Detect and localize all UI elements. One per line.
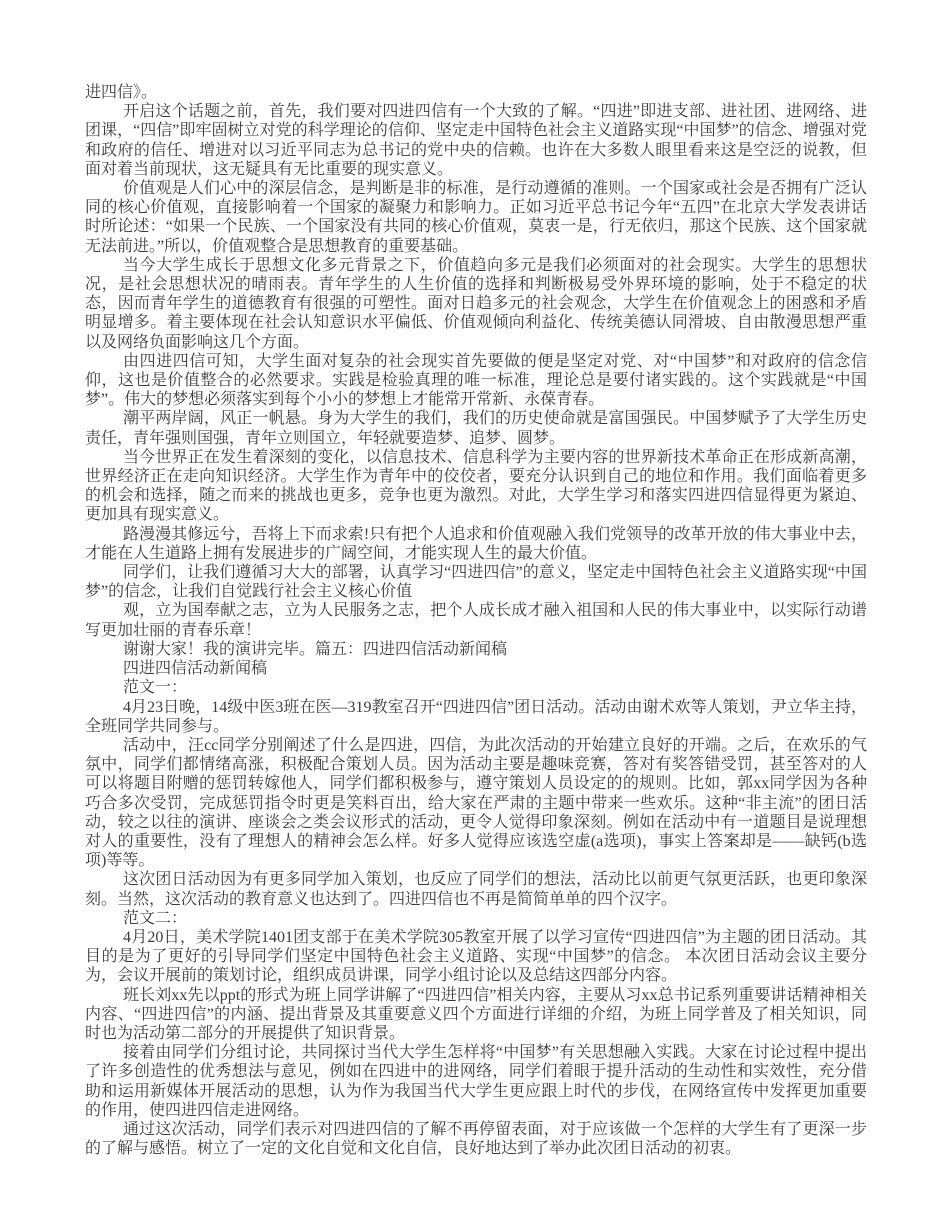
paragraph: 4月20日，美术学院1401团支部于在美术学院305教室开展了以学习宣传“四进四… [85, 928, 867, 986]
paragraph: 范文二： [85, 909, 867, 928]
paragraph: 通过这次活动，同学们表示对四进四信的了解不再停留表面，对于应该做一个怎样的大学生… [85, 1120, 867, 1158]
document-text-block: 进四信》。开启这个话题之前，首先，我们要对四进四信有一个大致的了解。“四进”即进… [85, 83, 867, 1158]
paragraph: 观，立为国奉献之志，立为人民服务之志，把个人成长成才融入祖国和人民的伟大事业中，… [85, 601, 867, 639]
paragraph: 谢谢大家！我的演讲完毕。篇五：四进四信活动新闻稿 [85, 640, 867, 659]
paragraph: 开启这个话题之前，首先，我们要对四进四信有一个大致的了解。“四进”即进支部、进社… [85, 102, 867, 179]
paragraph: 同学们，让我们遵循习大大的部署，认真学习“四进四信”的意义，坚定走中国特色社会主… [85, 563, 867, 601]
paragraph: 接着由同学们分组讨论，共同探讨当代大学生怎样将“中国梦”有关思想融入实践。大家在… [85, 1043, 867, 1120]
paragraph: 4月23日晚，14级中医3班在医—319教室召开“四进四信”团日活动。活动由谢术… [85, 698, 867, 736]
paragraph: 路漫漫其修远兮，吾将上下而求索!只有把个人追求和价值观融入我们党领导的改革开放的… [85, 525, 867, 563]
paragraph: 活动中，汪cc同学分别阐述了什么是四进，四信，为此次活动的开始建立良好的开端。之… [85, 736, 867, 870]
paragraph: 价值观是人们心中的深层信念，是判断是非的标准，是行动遵循的准则。一个国家或社会是… [85, 179, 867, 256]
paragraph: 进四信》。 [85, 83, 867, 102]
paragraph: 当今大学生成长于思想文化多元背景之下，价值趋向多元是我们必须面对的社会现实。大学… [85, 256, 867, 352]
paragraph: 由四进四信可知，大学生面对复杂的社会现实首先要做的便是坚定对党、对“中国梦”和对… [85, 352, 867, 410]
paragraph: 当今世界正在发生着深刻的变化，以信息技术、信息科学为主要内容的世界新技术革命正在… [85, 448, 867, 525]
document-page: 进四信》。开启这个话题之前，首先，我们要对四进四信有一个大致的了解。“四进”即进… [0, 0, 950, 1230]
paragraph: 潮平两岸阔，风正一帆悬。身为大学生的我们，我们的历史使命就是富国强民。中国梦赋予… [85, 409, 867, 447]
paragraph: 四进四信活动新闻稿 [85, 659, 867, 678]
paragraph: 这次团日活动因为有更多同学加入策划，也反应了同学们的想法，活动比以前更气氛更活跃… [85, 870, 867, 908]
paragraph: 班长刘xx先以ppt的形式为班上同学讲解了“四进四信”相关内容，主要从习xx总书… [85, 986, 867, 1044]
paragraph: 范文一： [85, 678, 867, 697]
